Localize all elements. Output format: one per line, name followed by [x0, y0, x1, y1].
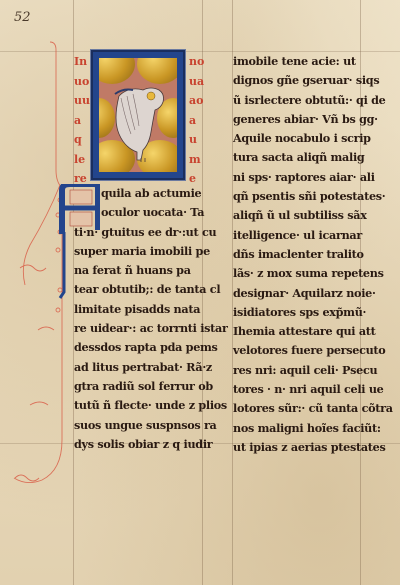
text-line: isidiatores sps exp̃mũ·: [233, 303, 393, 322]
text-line: super maria imobili pe: [74, 242, 228, 261]
text-line: itelligence· ul icarnar: [233, 226, 393, 245]
rubric-fragment: In: [74, 52, 90, 72]
rubric-fragment: q: [74, 130, 90, 150]
rubric-fragment: ao: [189, 91, 204, 111]
text-line: gtra radiũ sol ferrur ob: [74, 377, 228, 396]
text-line: tores · n· nri aquil celi ue: [233, 380, 393, 399]
text-line: dignos gñe gseruar· siqs: [233, 71, 393, 90]
gold-lobe: [137, 58, 177, 84]
text-line: Ihemia attestare qui att: [233, 322, 393, 341]
gold-lobe: [99, 58, 135, 84]
rubric-fragment: uo: [74, 72, 90, 92]
text-line: tutũ ñ flecte· unde z plios: [74, 396, 228, 415]
right-text-column: imobile tene acie: ut dignos gñe gseruar…: [233, 52, 393, 457]
text-line: imobile tene acie: ut: [233, 52, 393, 71]
rubric-fragment: ua: [189, 72, 204, 92]
text-line: suos ungue suspnsos ra: [74, 416, 228, 435]
rubric-fragment: u: [189, 130, 204, 150]
text-line: tura sacta aliqñ malig: [233, 148, 393, 167]
text-line: na ferat ñ huans pa: [74, 261, 228, 280]
text-line: ti·n· gtuitus ee dr·:ut cu: [74, 223, 228, 242]
text-line: dys solis obiar z q iudir: [74, 435, 228, 454]
text-line: tear obtutib;: de tanta cl: [74, 280, 228, 299]
text-line: aliqñ ũ ul subtiliss sãx: [233, 206, 393, 225]
rubric-fragment: a: [74, 111, 90, 131]
text-line: dessdos rapta pda pems: [74, 338, 228, 357]
text-line: designar· Aquilarz noie·: [233, 284, 393, 303]
text-line: velotores fuere persecuto: [233, 341, 393, 360]
text-line: res nri: aquil celi· Psecu: [233, 361, 393, 380]
rubric-fragment: uu: [74, 91, 90, 111]
text-line: ni sps· raptores aiar· ali: [233, 168, 393, 187]
left-text-column: ti·n· gtuitus ee dr·:ut cu super maria i…: [74, 223, 228, 455]
rubric-fragment: a: [189, 111, 204, 131]
text-line: lãs· z mox suma repetens: [233, 264, 393, 283]
text-line: lotores sũr:· cũ tanta cõtra: [233, 399, 393, 418]
rubric-column-left: In uo uu a q le re: [74, 52, 90, 189]
text-line: ũ isrlectere obtutũ:· qi de: [233, 91, 393, 110]
text-line: oculor uocata· Ta: [101, 203, 204, 222]
text-line: generes abiar· Vñ bs gg·: [233, 110, 393, 129]
rubric-fragment: no: [189, 52, 204, 72]
initial-descender: [58, 232, 68, 302]
rubric-fragment: m: [189, 150, 204, 170]
text-line: quila ab actumie: [101, 184, 204, 203]
rubric-column-right: no ua ao a u m e: [189, 52, 204, 189]
eagle-miniature: [91, 50, 185, 180]
text-line: nos maligni hoĩes faciũt:: [233, 419, 393, 438]
text-line: ut ipias z aerias ptestates: [233, 438, 393, 457]
text-line: re uidear·: ac torrnti istar: [74, 319, 228, 338]
left-text-column-top: quila ab actumie oculor uocata· Ta: [101, 184, 204, 223]
text-line: dñs imaclenter tralito: [233, 245, 393, 264]
text-line: Aquile nocabulo i scrip: [233, 129, 393, 148]
rubric-fragment: le: [74, 150, 90, 170]
manuscript-page: 52 In uo uu a q le re no ua ao a: [0, 0, 400, 585]
text-line: ad litus pertrabat· Rã·z: [74, 358, 228, 377]
eagle-icon: [113, 82, 169, 162]
text-line: limitate pisadds nata: [74, 300, 228, 319]
text-line: qñ psentis sñi potestates·: [233, 187, 393, 206]
